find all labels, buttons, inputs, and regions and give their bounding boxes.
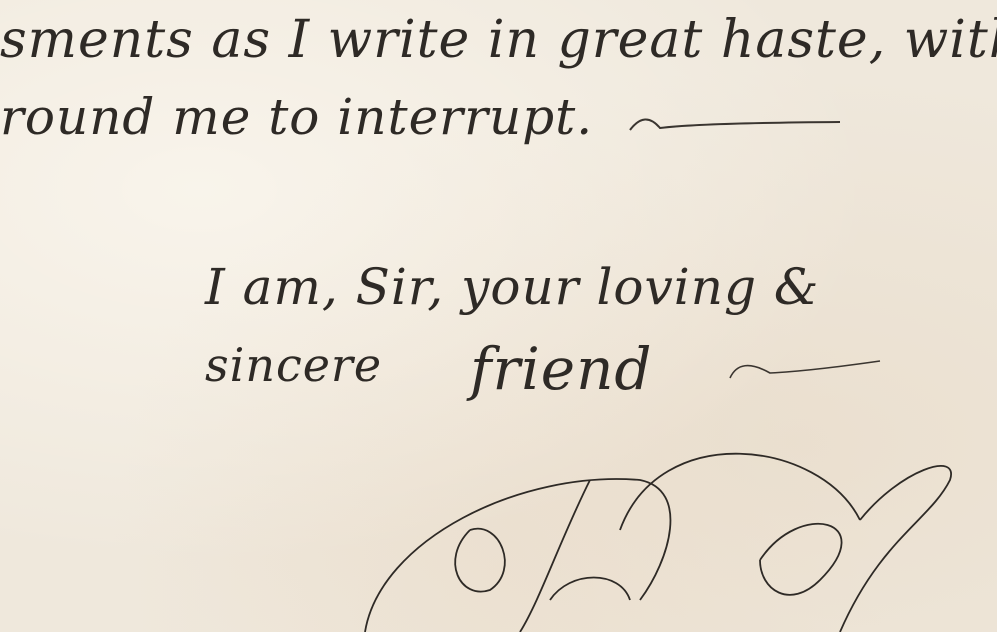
flourish-strokes (0, 0, 997, 632)
letter-paper: sments as I write in great haste, with r… (0, 0, 997, 632)
signature-monogram (365, 454, 951, 632)
